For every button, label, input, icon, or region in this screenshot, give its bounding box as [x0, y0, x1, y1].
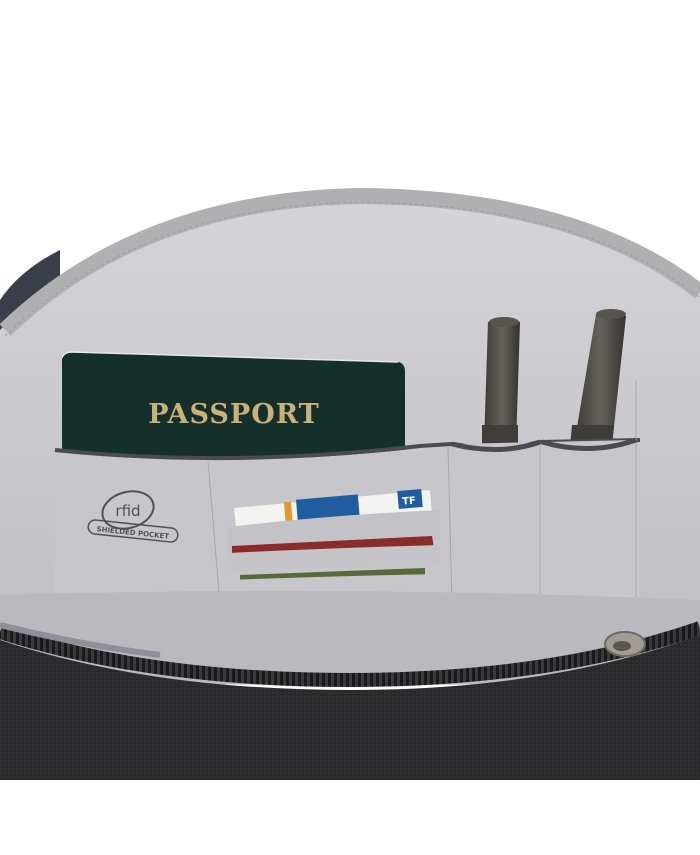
- svg-text:TF: TF: [402, 496, 417, 508]
- bag-illustration: PASSPORT rfid SHIELDED POCKET: [0, 0, 700, 855]
- passport-label: PASSPORT: [148, 399, 320, 430]
- card-slots: TF: [228, 489, 440, 605]
- product-photo: PASSPORT rfid SHIELDED POCKET: [0, 0, 700, 855]
- rfid-logo-text: rfid: [115, 502, 140, 520]
- zipper-pull-icon[interactable]: [605, 632, 645, 656]
- pen-1: [482, 317, 520, 445]
